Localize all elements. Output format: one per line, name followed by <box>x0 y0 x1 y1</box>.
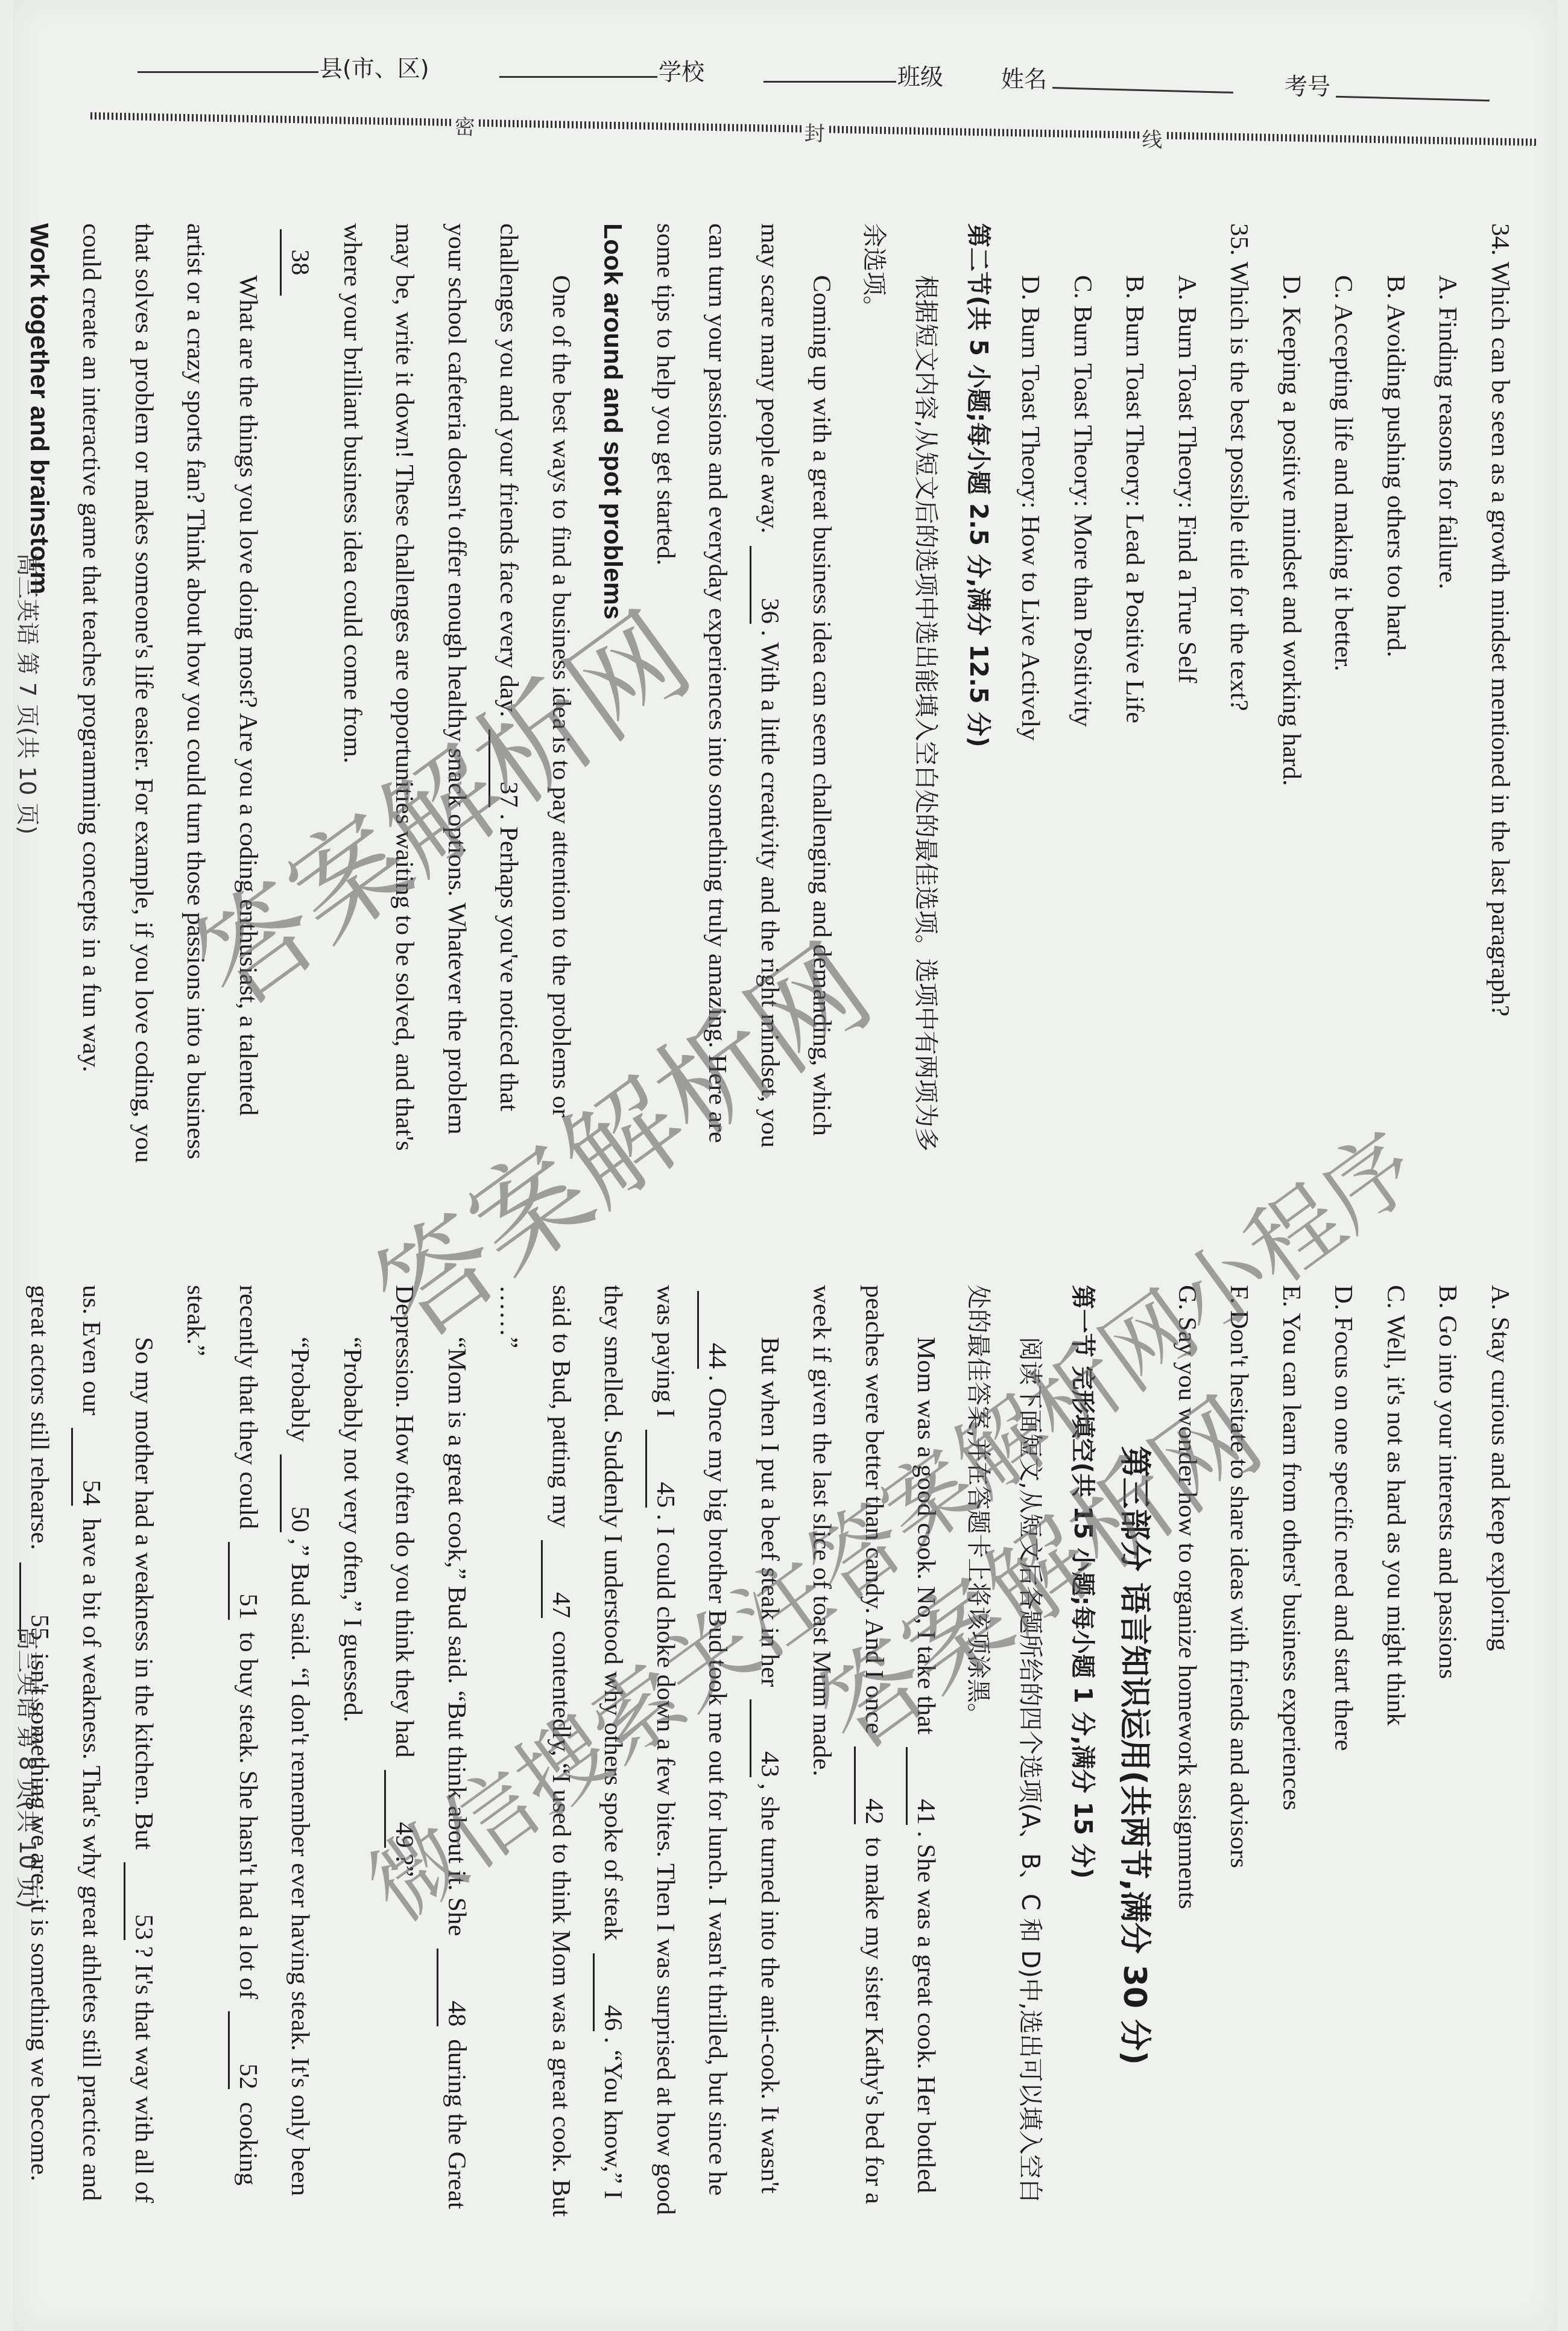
question-34-stem: 34. Which can be seen as a growth mindse… <box>1474 223 1526 1164</box>
blank-36[interactable]: 36 <box>750 546 788 624</box>
blank-50[interactable]: 50 <box>280 1454 318 1532</box>
blank-49[interactable]: 49 <box>385 1770 423 1848</box>
seal-char-feng: 封 <box>801 117 827 147</box>
seal-line: 密 封 线 <box>90 104 1538 154</box>
name-label: 姓名 <box>1001 60 1047 94</box>
paragraph-work-together: 39. They might spot opportunities you mi… <box>0 223 13 1164</box>
blank-53[interactable]: 53 <box>124 1862 162 1940</box>
question-35-stem: 35. Which is the best possible title for… <box>1213 223 1265 1164</box>
blank-54[interactable]: 54 <box>72 1428 110 1506</box>
blank-38-line: 38 <box>274 223 326 1164</box>
rotated-exam-spread: 34. Which can be seen as a growth mindse… <box>0 157 1568 2304</box>
exam-number-blank[interactable] <box>1336 96 1490 102</box>
q34-option-d: D. Keeping a positive mindset and workin… <box>1265 223 1318 1164</box>
page-7: 34. Which can be seen as a growth mindse… <box>0 157 1568 1231</box>
cloze-p6-a: So my mother had a weakness in the kitch… <box>130 1337 158 1850</box>
section-2-title: 第二节(共 5 小题;每小题 2.5 分,满分 12.5 分) <box>952 223 1005 1164</box>
page-8-footer: 高三英语 第 8 页(共 10 页) <box>13 1231 46 2304</box>
seal-char-mi: 密 <box>452 110 478 141</box>
cloze-section-title: 第一节 完形填空(共 15 小题;每小题 1 分,满分 15 分) <box>1057 1285 1109 2226</box>
cloze-p2-a: But when I put a beef steak in her <box>756 1337 784 1687</box>
cloze-paragraph-1: Mom was a good cook. No, I take that 41.… <box>795 1285 952 2226</box>
seven-option-d: D. Focus on one specific need and start … <box>1317 1285 1370 2226</box>
blank-38[interactable]: 38 <box>280 229 318 296</box>
page-7-column: 34. Which can be seen as a growth mindse… <box>0 223 1526 1164</box>
p3-text: . They might spot opportunities you miss… <box>0 223 2 1132</box>
school-blank[interactable] <box>499 76 657 78</box>
page-8-column: A. Stay curious and keep exploring B. Go… <box>0 1285 1526 2226</box>
cloze-instructions: 阅读下面短文,从短文后各题所给的四个选项(A、B、C 和 D)中,选出可以填入空… <box>952 1285 1057 2226</box>
cloze-p5-a: “Probably <box>286 1337 315 1442</box>
exam-header: 县(市、区) 学校 班级 姓名 考号 密 封 线 <box>0 0 1568 157</box>
q34-option-c: C. Accepting life and making it better. <box>1317 223 1370 1164</box>
seal-char-xian: 线 <box>1139 123 1165 153</box>
exam-number-label: 考号 <box>1285 68 1330 101</box>
blank-42[interactable]: 42 <box>854 1746 892 1824</box>
seven-option-a: A. Stay curious and keep exploring <box>1474 1285 1526 2226</box>
blank-47[interactable]: 47 <box>541 1540 579 1618</box>
blank-45[interactable]: 45 <box>645 1430 683 1508</box>
school-label: 学校 <box>659 53 704 86</box>
seven-option-f: F. Don't hesitate to share ideas with fr… <box>1213 1285 1265 2226</box>
heading-look-around: Look around and spot problems <box>587 223 639 1164</box>
blank-43[interactable]: 43 <box>750 1699 788 1777</box>
cloze-paragraph-2: But when I put a beef steak in her 43, s… <box>482 1285 795 2226</box>
passage-intro: Coming up with a great business idea can… <box>639 223 848 1164</box>
q35-option-c: C. Burn Toast Theory: More than Positivi… <box>1057 223 1109 1164</box>
seven-option-g: G. Say you wonder how to organize homewo… <box>1161 1285 1213 2226</box>
cloze-paragraph-5: “Probably 50,” Bud said. “I don't rememb… <box>169 1285 326 2226</box>
q35-option-b: B. Burn Toast Theory: Lead a Positive Li… <box>1108 223 1161 1164</box>
seven-option-c: C. Well, it's not as hard as you might t… <box>1370 1285 1422 2226</box>
cloze-p2-b: , she turned into the anti-cook. It wasn… <box>756 1783 784 2193</box>
blank-37[interactable]: 37 <box>489 729 527 807</box>
class-blank[interactable] <box>763 81 896 83</box>
paragraph-look-around: One of the best ways to find a business … <box>326 223 587 1164</box>
q34-option-b: B. Avoiding pushing others too hard. <box>1370 223 1422 1164</box>
blank-39[interactable]: 39 <box>0 281 5 359</box>
part-3-title: 第三部分 语言知识运用(共两节,满分 30 分) <box>1108 1285 1161 2226</box>
county-label: 县(市、区) <box>320 49 429 83</box>
q34-option-a: A. Finding reasons for failure. <box>1421 223 1474 1164</box>
seven-option-e: E. You can learn from others' business e… <box>1265 1285 1318 2226</box>
cloze-p3-c: ?” <box>391 1854 419 1877</box>
page-8: A. Stay curious and keep exploring B. Go… <box>0 1231 1568 2304</box>
q35-option-d: D. Burn Toast Theory: How to Live Active… <box>1004 223 1057 1164</box>
county-blank[interactable] <box>138 71 318 73</box>
page-7-footer: 高三英语 第 7 页(共 10 页) <box>13 157 46 1231</box>
blank-51[interactable]: 51 <box>228 1542 266 1620</box>
cloze-paragraph-4: “Probably not very often,” I guessed. <box>326 1285 379 2226</box>
section-2-instructions: 根据短文内容,从短文后的选项中选出能填入空白处的最佳选项。选项中有两项为多余选项… <box>848 223 952 1164</box>
blank-41[interactable]: 41 <box>906 1747 944 1825</box>
paragraph-passions: What are the things you love doing most?… <box>65 223 274 1164</box>
cloze-p5-c: to buy steak. She hasn't had a lot of <box>234 1632 262 1999</box>
blank-44[interactable]: 44 <box>698 1291 736 1369</box>
seven-option-b: B. Go into your interests and passions <box>1421 1285 1474 2226</box>
cloze-paragraph-3: “Mom is a great cook,” Bud said. “But th… <box>378 1285 482 2226</box>
blank-46[interactable]: 46 <box>593 1953 631 2031</box>
cloze-p1-a: Mom was a good cook. No, I take that <box>912 1337 941 1734</box>
blank-52[interactable]: 52 <box>228 2011 266 2089</box>
cloze-p3-a: “Mom is a great cook,” Bud said. “But th… <box>443 1337 471 1936</box>
q35-option-a: A. Burn Toast Theory: Find a True Self <box>1161 223 1213 1164</box>
name-blank[interactable] <box>1052 87 1233 94</box>
blank-48[interactable]: 48 <box>437 1949 475 2026</box>
class-label: 班级 <box>897 58 943 91</box>
